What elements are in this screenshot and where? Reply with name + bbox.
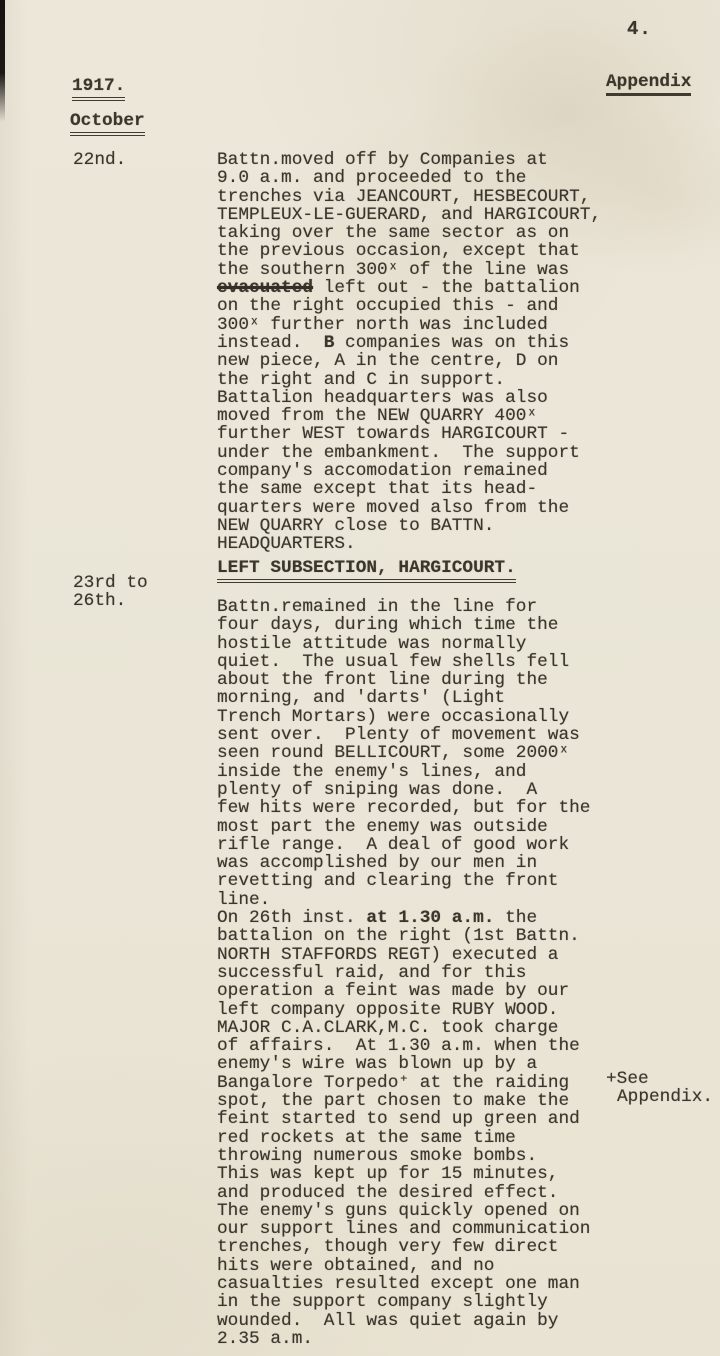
text-line: evacuated left out - the battalion <box>217 279 601 297</box>
text-line: Bangalore Torpedo⁺ at the raiding <box>217 1074 590 1092</box>
text-line: This was kept up for 15 minutes, <box>217 1165 590 1183</box>
text-line: inside the enemy's lines, and <box>217 763 590 781</box>
text-line: the previous occasion, except that <box>217 242 601 260</box>
text-line: HEADQUARTERS. <box>217 535 601 553</box>
text-line: trenches, though very few direct <box>217 1238 590 1256</box>
text-line: four days, during which time the <box>217 616 590 634</box>
margin-note-see-appendix: +SeeAppendix. <box>606 1070 713 1107</box>
text-line: and produced the desired effect. <box>217 1184 590 1202</box>
text-line: Battalion headquarters was also <box>217 389 601 407</box>
text-line: 26th. <box>73 592 148 610</box>
text-line: Battn.moved off by Companies at <box>217 151 601 169</box>
text-line: +See <box>606 1070 713 1088</box>
text-line: red rockets at the same time <box>217 1129 590 1147</box>
text-line: 22nd. <box>73 151 126 169</box>
text-line: Trench Mortars) were occasionally <box>217 708 590 726</box>
year-heading: 1917. <box>72 77 125 101</box>
text-line: few hits were recorded, but for the <box>217 799 590 817</box>
text-line: successful raid, and for this <box>217 964 590 982</box>
text-line: On 26th inst. at 1.30 a.m. the <box>217 909 590 927</box>
text-line: the right and C in support. <box>217 371 601 389</box>
page-number: 4. <box>627 18 652 40</box>
text-line: battalion on the right (1st Battn. <box>217 927 590 945</box>
text-line: the southern 300ˣ of the line was <box>217 261 601 279</box>
text-line: trenches via JEANCOURT, HESBECOURT, <box>217 188 601 206</box>
month-heading: October <box>70 112 145 136</box>
text-line: NEW QUARRY close to BATTN. <box>217 517 601 535</box>
entry-body-22nd: Battn.moved off by Companies at9.0 a.m. … <box>217 151 601 554</box>
text-line: most part the enemy was outside <box>217 818 590 836</box>
scan-edge-artifact <box>0 0 5 122</box>
text-line: of affairs. At 1.30 a.m. when the <box>217 1037 590 1055</box>
text-line: revetting and clearing the front <box>217 872 590 890</box>
text-line: on the right occupied this - and <box>217 297 601 315</box>
text-line: seen round BELLICOURT, some 2000ˣ <box>217 744 590 762</box>
text-line: Battn.remained in the line for <box>217 598 590 616</box>
text-line: company's accomodation remained <box>217 462 601 480</box>
appendix-heading: Appendix <box>606 73 691 96</box>
entry-body-23rd-26th: Battn.remained in the line forfour days,… <box>217 598 590 1348</box>
text-line: morning, and 'darts' (Light <box>217 689 590 707</box>
text-line: line. <box>217 891 590 909</box>
text-line: instead. B companies was on this <box>217 334 601 352</box>
entry-date-22nd: 22nd. <box>73 151 126 169</box>
text-line: casualties resulted except one man <box>217 1275 590 1293</box>
text-line: quarters were moved also from the <box>217 499 601 517</box>
text-line: the same except that its head- <box>217 480 601 498</box>
section-heading: LEFT SUBSECTION, HARGICOURT. <box>217 559 516 583</box>
text-line: 2.35 a.m. <box>217 1330 590 1348</box>
text-line: feint started to send up green and <box>217 1110 590 1128</box>
text-line: quiet. The usual few shells fell <box>217 653 590 671</box>
document-page: 4. 1917. Appendix October 22nd. Battn.mo… <box>0 0 720 1356</box>
overtyped-bold-text: B <box>324 333 335 353</box>
text-line: MAJOR C.A.CLARK,M.C. took charge <box>217 1019 590 1037</box>
text-line: moved from the NEW QUARRY 400ˣ <box>217 407 601 425</box>
text-line: 9.0 a.m. and proceeded to the <box>217 169 601 187</box>
text-line: TEMPLEUX-LE-GUERARD, and HARGICOURT, <box>217 206 601 224</box>
text-line: enemy's wire was blown up by a <box>217 1055 590 1073</box>
text-line: our support lines and communication <box>217 1220 590 1238</box>
text-line: 23rd to <box>73 574 148 592</box>
text-line: hits were obtained, and no <box>217 1257 590 1275</box>
text-line: in the support company slightly <box>217 1293 590 1311</box>
text-line: spot, the part chosen to make the <box>217 1092 590 1110</box>
text-line: left company opposite RUBY WOOD. <box>217 1001 590 1019</box>
text-line: further WEST towards HARGICOURT - <box>217 425 601 443</box>
text-line: plenty of sniping was done. A <box>217 781 590 799</box>
text-line: wounded. All was quiet again by <box>217 1312 590 1330</box>
entry-date-23rd-26th: 23rd to26th. <box>73 574 148 611</box>
text-line: about the front line during the <box>217 671 590 689</box>
text-line: throwing numerous smoke bombs. <box>217 1147 590 1165</box>
text-line: operation a feint was made by our <box>217 982 590 1000</box>
text-line: under the embankment. The support <box>217 444 601 462</box>
text-line: was accomplished by our men in <box>217 854 590 872</box>
text-line: NORTH STAFFORDS REGT) executed a <box>217 946 590 964</box>
text-line: rifle range. A deal of good work <box>217 836 590 854</box>
text-line: The enemy's guns quickly opened on <box>217 1202 590 1220</box>
text-line: 300ˣ further north was included <box>217 316 601 334</box>
text-line: new piece, A in the centre, D on <box>217 352 601 370</box>
text-line: taking over the same sector as on <box>217 224 601 242</box>
text-line: sent over. Plenty of movement was <box>217 726 590 744</box>
text-line: hostile attitude was normally <box>217 635 590 653</box>
text-line: Appendix. <box>606 1088 713 1106</box>
